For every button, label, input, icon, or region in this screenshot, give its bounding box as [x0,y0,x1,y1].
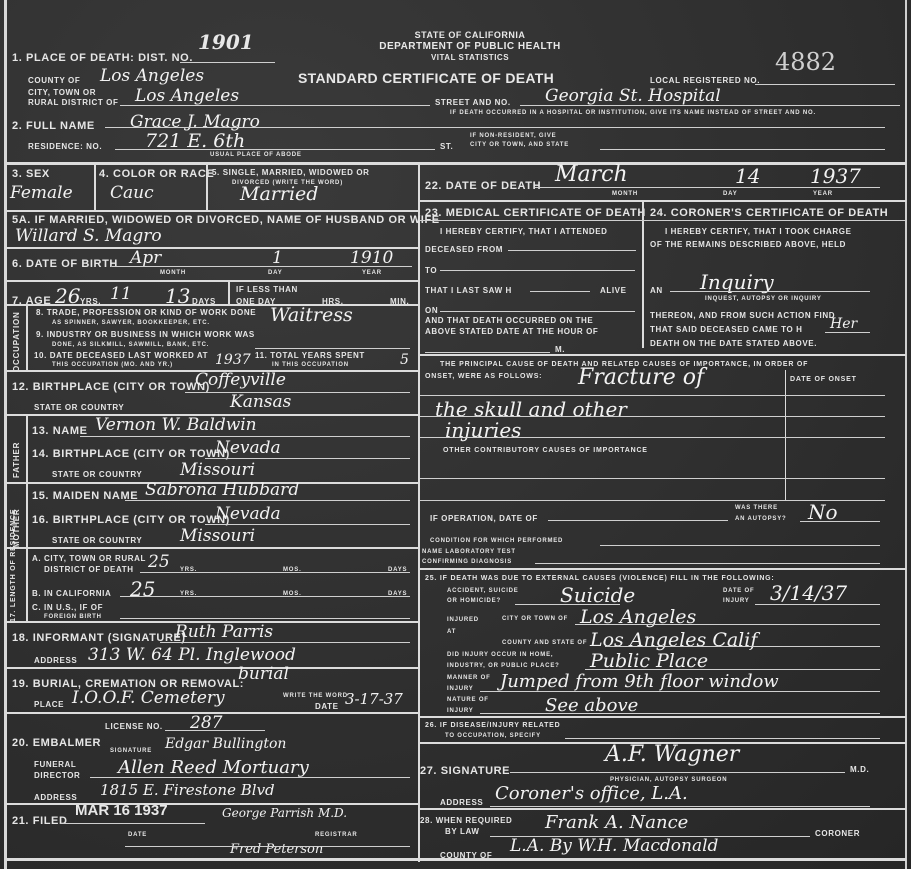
rule [105,127,885,128]
rule [420,437,885,438]
injury-date-label: DATE OF [723,588,755,594]
accident-label-2: OR HOMICIDE? [447,598,501,604]
burial-type-value: burial [238,664,289,684]
page-border-right [905,0,907,869]
coroner-cert-label: 24. CORONER'S CERTIFICATE OF DEATH [650,207,888,219]
rule [575,624,880,625]
row-rule [418,568,906,570]
lab-test-label-2: CONFIRMING DIAGNOSIS [422,559,512,565]
injury-date-value: 3/14/37 [770,581,847,605]
injury-county-value: Los Angeles Calif [590,629,757,651]
rule [508,250,636,251]
med-m-label: M. [555,345,565,354]
address27-value: Coroner's office, L.A. [495,783,688,804]
hospital-note: IF DEATH OCCURRED IN A HOSPITAL OR INSTI… [450,110,816,116]
burial-date-label: DATE [315,702,339,711]
medical-cert-label: 23. MEDICAL CERTIFICATE OF DEATH [425,207,646,219]
birthplace-city: Coffeyville [195,370,286,390]
rule [120,105,430,106]
accident-label: ACCIDENT, SUICIDE [447,588,519,594]
row-rule [6,304,418,306]
death-day-label: DAY [723,191,738,197]
condition-label: CONDITION FOR WHICH PERFORMED [430,538,563,544]
funeral-director-label-2: DIRECTOR [34,771,80,780]
mother-birthplace-value: Nevada [215,504,281,524]
row-rule [418,808,906,810]
state-country-label: STATE OR COUNTRY [34,403,124,412]
rule [180,62,275,63]
father-birthplace-label: 14. BIRTHPLACE (CITY OR TOWN) [32,448,230,460]
injury-city-label: CITY OR TOWN OF [502,616,568,622]
address27-label: ADDRESS [440,798,483,807]
row-rule [418,354,906,356]
dob-label: 6. DATE OF BIRTH [12,258,118,270]
total-years-label: 11. TOTAL YEARS SPENT [255,351,365,360]
non-resident-label-2: CITY OR TOWN, AND STATE [470,142,569,148]
trade-label: 8. TRADE, PROFESSION OR KIND OF WORK DON… [36,308,256,317]
side-divider [26,484,28,550]
rural-district-label: RURAL DISTRICT OF [28,98,119,107]
row-rule [6,280,418,282]
cell-divider [228,282,230,304]
nature-label: NATURE OF [447,697,489,703]
full-name-label: 2. FULL NAME [12,120,95,132]
full-name-value: Grace J. Magro [130,112,260,132]
rule [480,691,880,692]
birthplace-label: 12. BIRTHPLACE (CITY OR TOWN) [12,381,210,393]
residence-length-side-label: 17. LENGTH OF RESIDENCE [10,509,17,622]
funeral-address-label: ADDRESS [34,793,77,802]
bureau-name: VITAL STATISTICS [370,52,570,63]
rule [755,84,895,85]
injury-where-label-2: INDUSTRY, OR PUBLIC PLACE? [447,663,560,669]
row-rule [418,716,906,718]
row-rule [6,547,418,549]
injured-at-label-2: AT [447,629,456,635]
rule [490,806,870,807]
cor-took-label: I HEREBY CERTIFY, THAT I TOOK CHARGE [665,227,852,236]
rule [670,291,870,292]
local-registered-label: LOCAL REGISTERED NO. [650,76,760,85]
industry-label-2: DONE, AS SILKMILL, SAWMILL, BANK, ETC. [52,342,209,348]
write-word-label: WRITE THE WORD [283,693,348,699]
md-label: M.D. [850,765,869,774]
funeral-address-value: 1815 E. Firestone Blvd [100,781,275,799]
rule [535,187,880,188]
injured-at-label: INJURED [447,617,479,623]
father-side-label: FATHER [12,442,21,478]
non-resident-label: IF NON-RESIDENT, GIVE [470,133,556,139]
signature27-label: 27. SIGNATURE [420,765,510,777]
cor-inquest-label: INQUEST, AUTOPSY OR INQUIRY [705,296,822,302]
cause-line-3: injuries [445,418,521,442]
st-label: ST. [440,142,453,151]
res-ca-label: B. IN CALIFORNIA [32,589,111,598]
father-birthplace-value: Nevada [215,438,281,458]
occ-related-label-2: TO OCCUPATION, SPECIFY [445,733,541,739]
external-label: 25. IF DEATH WAS DUE TO EXTERNAL CAUSES … [425,575,775,582]
rule [425,352,550,353]
total-years-label-2: IN THIS OCCUPATION [272,362,349,368]
father-state-label: STATE OR COUNTRY [52,470,142,479]
came-to-value: Her [830,316,857,332]
rule [515,604,620,605]
month-label: MONTH [160,270,186,276]
city-label: CITY, TOWN OR [28,88,96,97]
rule [440,270,635,271]
cor-came-label: THAT SAID DECEASED CAME TO H [650,325,803,334]
column-divider [418,162,420,862]
industry-label: 9. INDUSTRY OR BUSINESS IN WHICH WORK WA… [36,330,255,339]
filed-label: 21. FILED [12,815,68,827]
med-occurred-label: AND THAT DEATH OCCURRED ON THE [425,316,593,325]
city-value: Los Angeles [135,86,239,106]
marital-label: 5. SINGLE, MARRIED, WIDOWED OR [212,168,370,177]
death-month: March [555,162,628,187]
rule [420,478,885,479]
res-city-label: A. CITY, TOWN OR RURAL [32,554,146,563]
race-value: Cauc [110,183,154,203]
day-label: DAY [268,270,283,276]
injury-where-label: DID INJURY OCCUR IN HOME, [447,652,553,658]
rule [605,646,880,647]
injury-county-label: COUNTY AND STATE OF [502,640,587,646]
death-certificate: 1901 STATE OF CALIFORNIA DEPARTMENT OF P… [0,0,911,869]
street-label: STREET AND NO. [435,98,511,107]
lab-test-label: NAME LABORATORY TEST [422,549,516,555]
filed-registrar-signature: George Parrish M.D. [222,806,347,820]
department-name: DEPARTMENT OF PUBLIC HEALTH [370,41,570,52]
onset-divider [785,370,786,500]
page-border-left [4,0,7,869]
rule [520,105,900,106]
autopsy-label: WAS THERE [735,505,778,511]
rule [205,458,410,459]
occ-related-label: 26. IF DISEASE/INJURY RELATED [425,722,560,729]
last-worked-label: 10. DATE DECEASED LAST WORKED AT [34,351,208,360]
med-hour-label: ABOVE STATED DATE AT THE HOUR OF [425,327,598,336]
med-last-saw-label: THAT I LAST SAW H [425,286,512,295]
rule [420,395,885,396]
med-to-label: TO [425,266,437,275]
place-of-death-label: 1. PLACE OF DEATH: DIST. NO. [12,52,193,64]
sex-label: 3. SEX [12,168,50,180]
burial-date-value: 3-17-37 [345,690,403,708]
row-rule [418,200,906,202]
funeral-director-label: FUNERAL [34,760,76,769]
rule [205,524,410,525]
rule [440,311,635,312]
when-required-label: 28. WHEN REQUIRED [420,816,512,825]
rule [600,149,885,150]
marital-value: Married [240,183,318,205]
cor-an-label: AN [650,286,663,295]
filed-deputy-signature: Fred Peterson [230,842,323,857]
row-rule [6,667,418,669]
embalmer-label: 20. EMBALMER [12,737,101,749]
total-years-value: 5 [400,352,409,368]
certificate-title: STANDARD CERTIFICATE OF DEATH [298,70,554,86]
med-alive-label: ALIVE [600,286,627,295]
med-from-label: DECEASED FROM [425,245,503,254]
rule [112,266,412,267]
row-rule [6,803,418,805]
spouse-value: Willard S. Magro [15,226,162,246]
rule [825,332,870,333]
dob-year: 1910 [350,248,393,268]
rule [90,777,410,778]
informant-address-value: 313 W. 64 Pl. Inglewood [88,645,296,665]
death-month-label: MONTH [612,191,638,197]
rule [480,713,880,714]
rule [600,545,880,546]
section-rule [6,162,906,165]
filed-date-label: DATE [128,832,147,838]
rule [185,392,410,393]
side-divider [26,549,28,621]
rule [80,436,410,437]
date-onset-label: DATE OF ONSET [790,376,857,383]
burial-place-value: I.O.O.F. Cemetery [72,688,225,708]
filed-date-stamp: MAR 16 1937 [75,802,168,819]
maiden-name-value: Sabrona Hubbard [145,480,299,500]
nature-label-2: INJURY [447,708,474,714]
rule [535,563,880,564]
rule [530,291,590,292]
rule [755,604,880,605]
rule [125,500,410,501]
burial-place-label: PLACE [34,700,64,709]
cert-divider [642,200,644,348]
rule [565,738,880,739]
coroner-label: CORONER [815,829,860,838]
rule [420,416,885,417]
race-label: 4. COLOR OR RACE [99,168,214,180]
rule [160,642,410,643]
cell-divider [206,162,208,210]
other-causes-label: OTHER CONTRIBUTORY CAUSES OF IMPORTANCE [443,447,648,454]
embalmer-signature-value: Edgar Bullington [165,736,286,752]
state-name: STATE OF CALIFORNIA [370,30,570,41]
rule [510,772,845,773]
coroner-county-value: L.A. By W.H. Macdonald [510,836,718,856]
res-city-years: 25 [148,552,170,572]
mother-state-value: Missouri [180,526,255,546]
dob-month: Apr [130,248,161,268]
rule [420,220,905,221]
county28-label: COUNTY OF [440,851,492,860]
rule [800,521,880,522]
informant-address-label: ADDRESS [34,656,77,665]
death-year-label: YEAR [813,191,833,197]
death-year: 1937 [810,164,861,188]
side-divider [26,304,28,370]
occupation-value: Waitress [270,304,353,326]
embalmer-signature-label: SIGNATURE [110,748,152,754]
rule [165,730,265,731]
birthplace-state: Kansas [230,392,291,412]
rule [125,846,410,847]
cor-thereon-label: THEREON, AND FROM SUCH ACTION FIND [650,311,835,320]
father-state-value: Missouri [180,460,255,480]
res-us-label-2: FOREIGN BIRTH [44,614,102,620]
rule [548,520,728,521]
med-on-label: ON [425,306,438,315]
dob-day: 1 [272,248,283,268]
year-label: YEAR [362,270,382,276]
county-label: COUNTY OF [28,76,80,85]
res-city-label-2: DISTRICT OF DEATH [44,565,134,574]
by-law-label: BY LAW [445,827,480,836]
trade-label-2: AS SPINNER, SAWYER, BOOKKEEPER, ETC. [52,320,210,326]
state-heading: STATE OF CALIFORNIA DEPARTMENT OF PUBLIC… [370,30,570,63]
occupation-side-label: OCCUPATION [12,311,21,372]
rule [120,618,410,619]
operation-label: IF OPERATION, DATE OF [430,514,538,523]
cell-divider [94,162,96,210]
rule [120,596,410,597]
rule [115,149,435,150]
side-divider [26,416,28,482]
residence-label: RESIDENCE: NO. [28,142,102,151]
cor-death-label: DEATH ON THE DATE STATED ABOVE. [650,339,817,348]
manner-label-2: INJURY [447,686,474,692]
mother-birthplace-label: 16. BIRTHPLACE (CITY OR TOWN) [32,514,230,526]
informant-value: Ruth Parris [175,622,273,642]
less-than-label: IF LESS THAN [236,285,298,294]
principal-cause-label-2: ONSET, WERE AS FOLLOWS: [425,373,542,380]
spouse-label: 5a. IF MARRIED, WIDOWED OR DIVORCED, NAM… [12,214,440,226]
res-ca-years: 25 [130,577,155,601]
injury-date-label-2: INJURY [723,598,750,604]
maiden-name-label: 15. MAIDEN NAME [32,490,138,502]
rule [140,572,410,573]
coroner-name-value: Frank A. Nance [545,812,688,833]
rule [585,669,880,670]
funeral-director-value: Allen Reed Mortuary [118,757,309,778]
street-value: Georgia St. Hospital [545,86,721,106]
row-rule [6,210,418,212]
death-day: 14 [735,164,760,188]
father-name-value: Vernon W. Baldwin [95,415,257,435]
res-us-label: C. IN U.S., IF OF [32,603,103,612]
local-registered-number: 4882 [775,48,836,76]
med-attended-label: I HEREBY CERTIFY, THAT I ATTENDED [440,227,608,236]
county-value: Los Angeles [100,66,204,86]
usual-abode-label: USUAL PLACE OF ABODE [210,152,302,158]
cor-remains-label: OF THE REMAINS DESCRIBED ABOVE, HELD [650,240,846,249]
sex-value: Female [10,183,73,203]
date-of-death-label: 22. DATE OF DEATH [425,180,541,192]
age-months: 11 [110,284,132,304]
cause-line-1: Fracture of [578,365,704,390]
last-worked-value: 1937 [215,352,251,368]
last-worked-label-2: THIS OCCUPATION (MO. AND YR.) [52,362,173,368]
manner-value: Jumped from 9th floor window [500,671,779,692]
signature27-value: A.F. Wagner [605,742,739,767]
district-number: 1901 [198,30,254,54]
license-label: LICENSE NO. [105,722,163,731]
rule [60,823,205,824]
rule [255,348,410,349]
autopsy-label-2: AN AUTOPSY? [735,516,786,522]
manner-label: MANNER OF [447,675,491,681]
mother-state-label: STATE OR COUNTRY [52,536,142,545]
registrar-label: REGISTRAR [315,832,358,838]
